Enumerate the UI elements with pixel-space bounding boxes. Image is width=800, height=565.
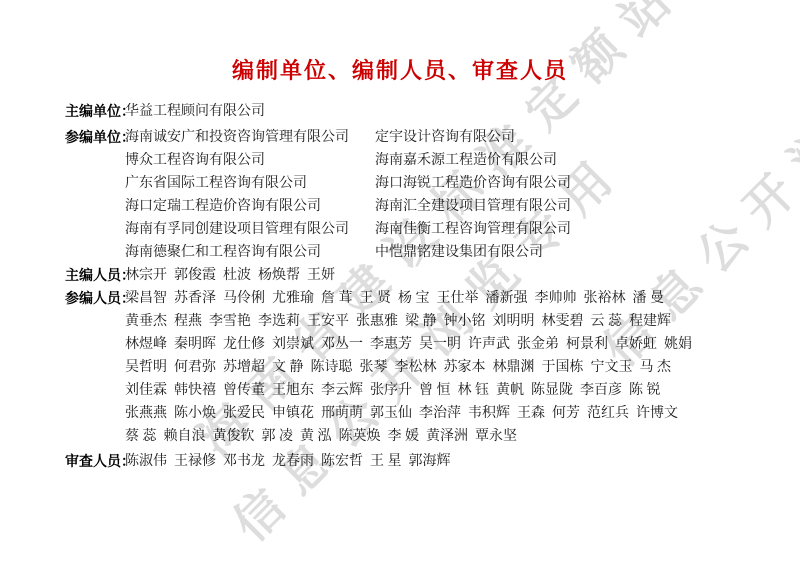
review-personnel-names: 陈淑伟 王禄修 邓书龙 龙春雨 陈宏哲 王 星 郭海辉 bbox=[125, 453, 451, 470]
participating-unit: 海口定瑞工程造价咨询有限公司 bbox=[125, 198, 321, 215]
chief-personnel-names: 林宗开 郭俊霞 杜波 杨焕帮 王妍 bbox=[125, 267, 335, 284]
participating-unit: 定宇设计咨询有限公司 bbox=[375, 129, 515, 146]
document-page: 海南省建设标准定额站 信息公开浏览专用 信息公开浏览专用 编制单位、编制人员、审… bbox=[0, 0, 800, 565]
participating-unit: 博众工程咨询有限公司 bbox=[125, 152, 265, 169]
participating-personnel-row: 蔡 蕊 赖自浪 黄俊钦 郭 凌 黄 泓 陈英焕 李 媛 黄泽洲 覃永坚 bbox=[125, 428, 517, 445]
document-content: 编制单位、编制人员、审查人员 主编单位： 华益工程顾问有限公司 参编单位： 海南… bbox=[0, 0, 800, 565]
chief-unit-value: 华益工程顾问有限公司 bbox=[125, 103, 265, 120]
participating-unit: 海南佳衡工程咨询管理有限公司 bbox=[375, 221, 571, 238]
participating-unit: 广东省国际工程咨询有限公司 bbox=[125, 175, 307, 192]
participating-unit: 海南诚安广和投资咨询管理有限公司 bbox=[125, 129, 349, 146]
participating-unit: 海南汇全建设项目管理有限公司 bbox=[375, 198, 571, 215]
participating-personnel-row: 林煜峰 秦明晖 龙仕修 刘崇斌 邓丛一 李惠芳 吴一明 许声武 张金弟 柯景利 … bbox=[125, 336, 692, 353]
participating-personnel-row: 黄垂杰 程燕 李雪艳 李选莉 王安平 张惠雅 梁 静 钟小铭 刘明明 林雯碧 云… bbox=[125, 313, 671, 330]
participating-unit: 海南德聚仁和工程咨询有限公司 bbox=[125, 244, 321, 261]
participating-personnel-row: 吴哲明 何君弥 苏增超 文 静 陈诗聪 张琴 李松林 苏家本 林鼎渊 于国栋 宁… bbox=[125, 359, 671, 376]
participating-unit: 海口海锐工程造价咨询有限公司 bbox=[375, 175, 571, 192]
participating-personnel-row: 刘佳霖 韩快禧 曾传董 王旭东 李云辉 张序升 曾 恒 林 钰 黄帆 陈显陇 李… bbox=[125, 382, 661, 399]
participating-unit: 海南有孚同创建设项目管理有限公司 bbox=[125, 221, 349, 238]
participating-unit: 中恺鼎铭建设集团有限公司 bbox=[375, 244, 543, 261]
participating-personnel-row: 梁昌智 苏香泽 马伶俐 尤雅瑜 詹 茸 王 贤 杨 宝 王仕举 潘新强 李帅帅 … bbox=[125, 290, 664, 307]
page-title: 编制单位、编制人员、审查人员 bbox=[0, 54, 800, 85]
participating-personnel-row: 张燕燕 陈小焕 张爱民 申镇花 邢萌萌 郭玉仙 李治萍 韦积辉 王森 何芳 范红… bbox=[125, 405, 678, 422]
participating-unit: 海南嘉禾源工程造价有限公司 bbox=[375, 152, 557, 169]
